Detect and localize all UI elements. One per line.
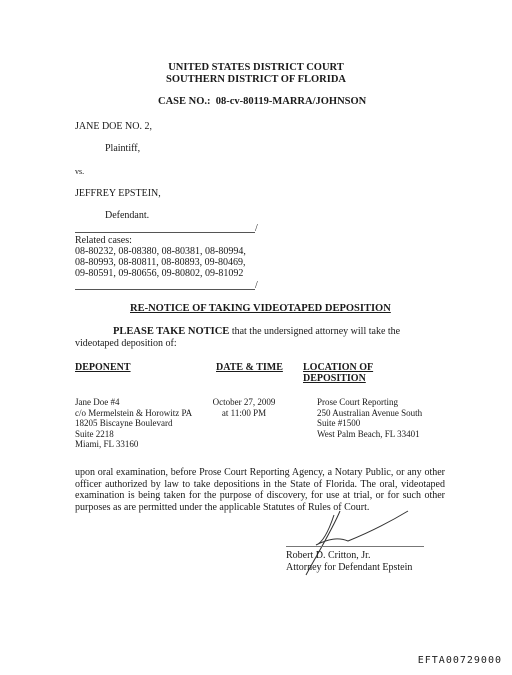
deponent-address: Jane Doe #4 c/o Mermelstein & Horowitz P… <box>75 397 192 450</box>
document-id: EFTA00729000 <box>418 655 502 666</box>
court-name: UNITED STATES DISTRICT COURT <box>0 62 512 73</box>
header-location-1: LOCATION OF <box>303 362 373 374</box>
time-line: at 11:00 PM <box>208 408 280 419</box>
related-cases-line: 08-80993, 08-80811, 08-80893, 09-80469, <box>75 257 245 269</box>
signer-title: Attorney for Defendant Epstein <box>286 562 412 574</box>
related-cases-line: 08-80232, 08-08380, 08-80381, 08-80994, <box>75 246 246 258</box>
date-line: October 27, 2009 <box>208 397 280 408</box>
header-date-time: DATE & TIME <box>216 362 283 374</box>
case-label: CASE NO.: <box>158 96 211 107</box>
related-cases-line: 09-80591, 09-80656, 09-80802, 09-81092 <box>75 268 243 280</box>
location-line: Prose Court Reporting <box>317 397 422 408</box>
caption-slash-bottom: / <box>255 280 258 291</box>
case-number-line: CASE NO.: 08-cv-80119-MARRA/JOHNSON <box>158 96 366 107</box>
location-line: West Palm Beach, FL 33401 <box>317 429 422 440</box>
plaintiff-role: Plaintiff, <box>105 143 140 155</box>
notice-rest: that the undersigned attorney will take … <box>229 326 400 337</box>
deponent-line: Jane Doe #4 <box>75 397 192 408</box>
document-title: RE-NOTICE OF TAKING VIDEOTAPED DEPOSITIO… <box>130 303 391 314</box>
deponent-line: Suite 2218 <box>75 429 192 440</box>
location-line: 250 Australian Avenue South <box>317 408 422 419</box>
case-number: 08-cv-80119-MARRA/JOHNSON <box>216 96 367 107</box>
deponent-line: c/o Mermelstein & Horowitz PA <box>75 408 192 419</box>
caption-divider-top <box>75 232 255 233</box>
deposition-date-time: October 27, 2009 at 11:00 PM <box>208 397 280 418</box>
versus: vs. <box>75 166 84 178</box>
deposition-location: Prose Court Reporting 250 Australian Ave… <box>317 397 422 439</box>
defendant-name: JEFFREY EPSTEIN, <box>75 188 161 200</box>
caption-slash-top: / <box>255 223 258 234</box>
caption-divider-bottom <box>75 289 255 290</box>
deponent-line: 18205 Biscayne Boulevard <box>75 418 192 429</box>
location-line: Suite #1500 <box>317 418 422 429</box>
signature-line <box>286 546 424 547</box>
court-district: SOUTHERN DISTRICT OF FLORIDA <box>0 74 512 85</box>
notice-bold-lead: PLEASE TAKE NOTICE <box>113 326 229 337</box>
signer-name: Robert D. Critton, Jr. <box>286 550 370 562</box>
defendant-role: Defendant. <box>105 210 149 222</box>
header-location-2: DEPOSITION <box>303 373 366 385</box>
notice-line2: videotaped deposition of: <box>75 338 177 350</box>
related-cases-label: Related cases: <box>75 235 132 247</box>
header-deponent: DEPONENT <box>75 362 131 374</box>
deponent-line: Miami, FL 33160 <box>75 439 192 450</box>
plaintiff-name: JANE DOE NO. 2, <box>75 121 152 133</box>
notice-line1: PLEASE TAKE NOTICE that the undersigned … <box>113 326 400 338</box>
